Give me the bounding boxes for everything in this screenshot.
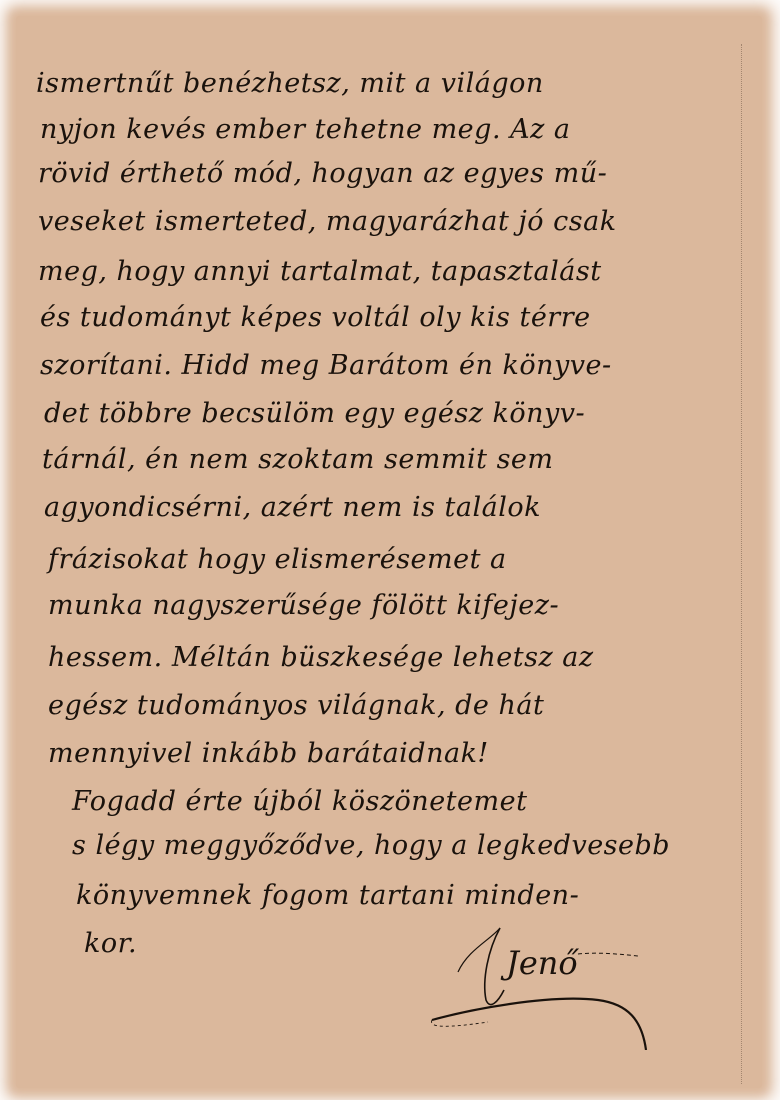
letter-line: frázisokat hogy elismerésemet a — [48, 544, 507, 575]
letter-line: veseket ismerteted, magyarázhat jó csak — [38, 206, 617, 237]
letter-line: meg, hogy annyi tartalmat, tapasztalást — [38, 256, 602, 287]
signature: Jenő — [428, 910, 668, 1050]
letter-line: agyondicsérni, azért nem is találok — [44, 492, 541, 523]
letter-line: rövid érthető mód, hogyan az egyes mű- — [38, 158, 607, 189]
letter-line: könyvemnek fogom tartani minden- — [76, 880, 579, 911]
letter-line: nyjon kevés ember tehetne meg. Az a — [40, 114, 571, 145]
letter-line: munka nagyszerűsége fölött kifejez- — [48, 590, 559, 621]
letter-line: s légy meggyőződve, hogy a legkedvesebb — [72, 830, 670, 861]
letter-line: Fogadd érte újból köszönetemet — [72, 786, 527, 817]
letter-line: mennyivel inkább barátaidnak! — [48, 738, 489, 769]
letter-line: kor. — [84, 928, 137, 959]
letter-line: det többre becsülöm egy egész könyv- — [44, 398, 585, 429]
letter-line: hessem. Méltán büszkesége lehetsz az — [48, 642, 594, 673]
signature-name: Jenő — [506, 944, 578, 982]
page: ismertnűt benézhetsz, mit a világon nyjo… — [0, 0, 780, 1100]
letter-line: szorítani. Hidd meg Barátom én könyve- — [40, 350, 612, 381]
letter-line: és tudományt képes voltál oly kis térre — [40, 302, 591, 333]
letter-line: egész tudományos világnak, de hát — [48, 690, 544, 721]
letter-line: tárnál, én nem szoktam semmit sem — [42, 444, 554, 475]
letter-line: ismertnűt benézhetsz, mit a világon — [36, 68, 544, 99]
fold-line — [741, 44, 742, 1084]
